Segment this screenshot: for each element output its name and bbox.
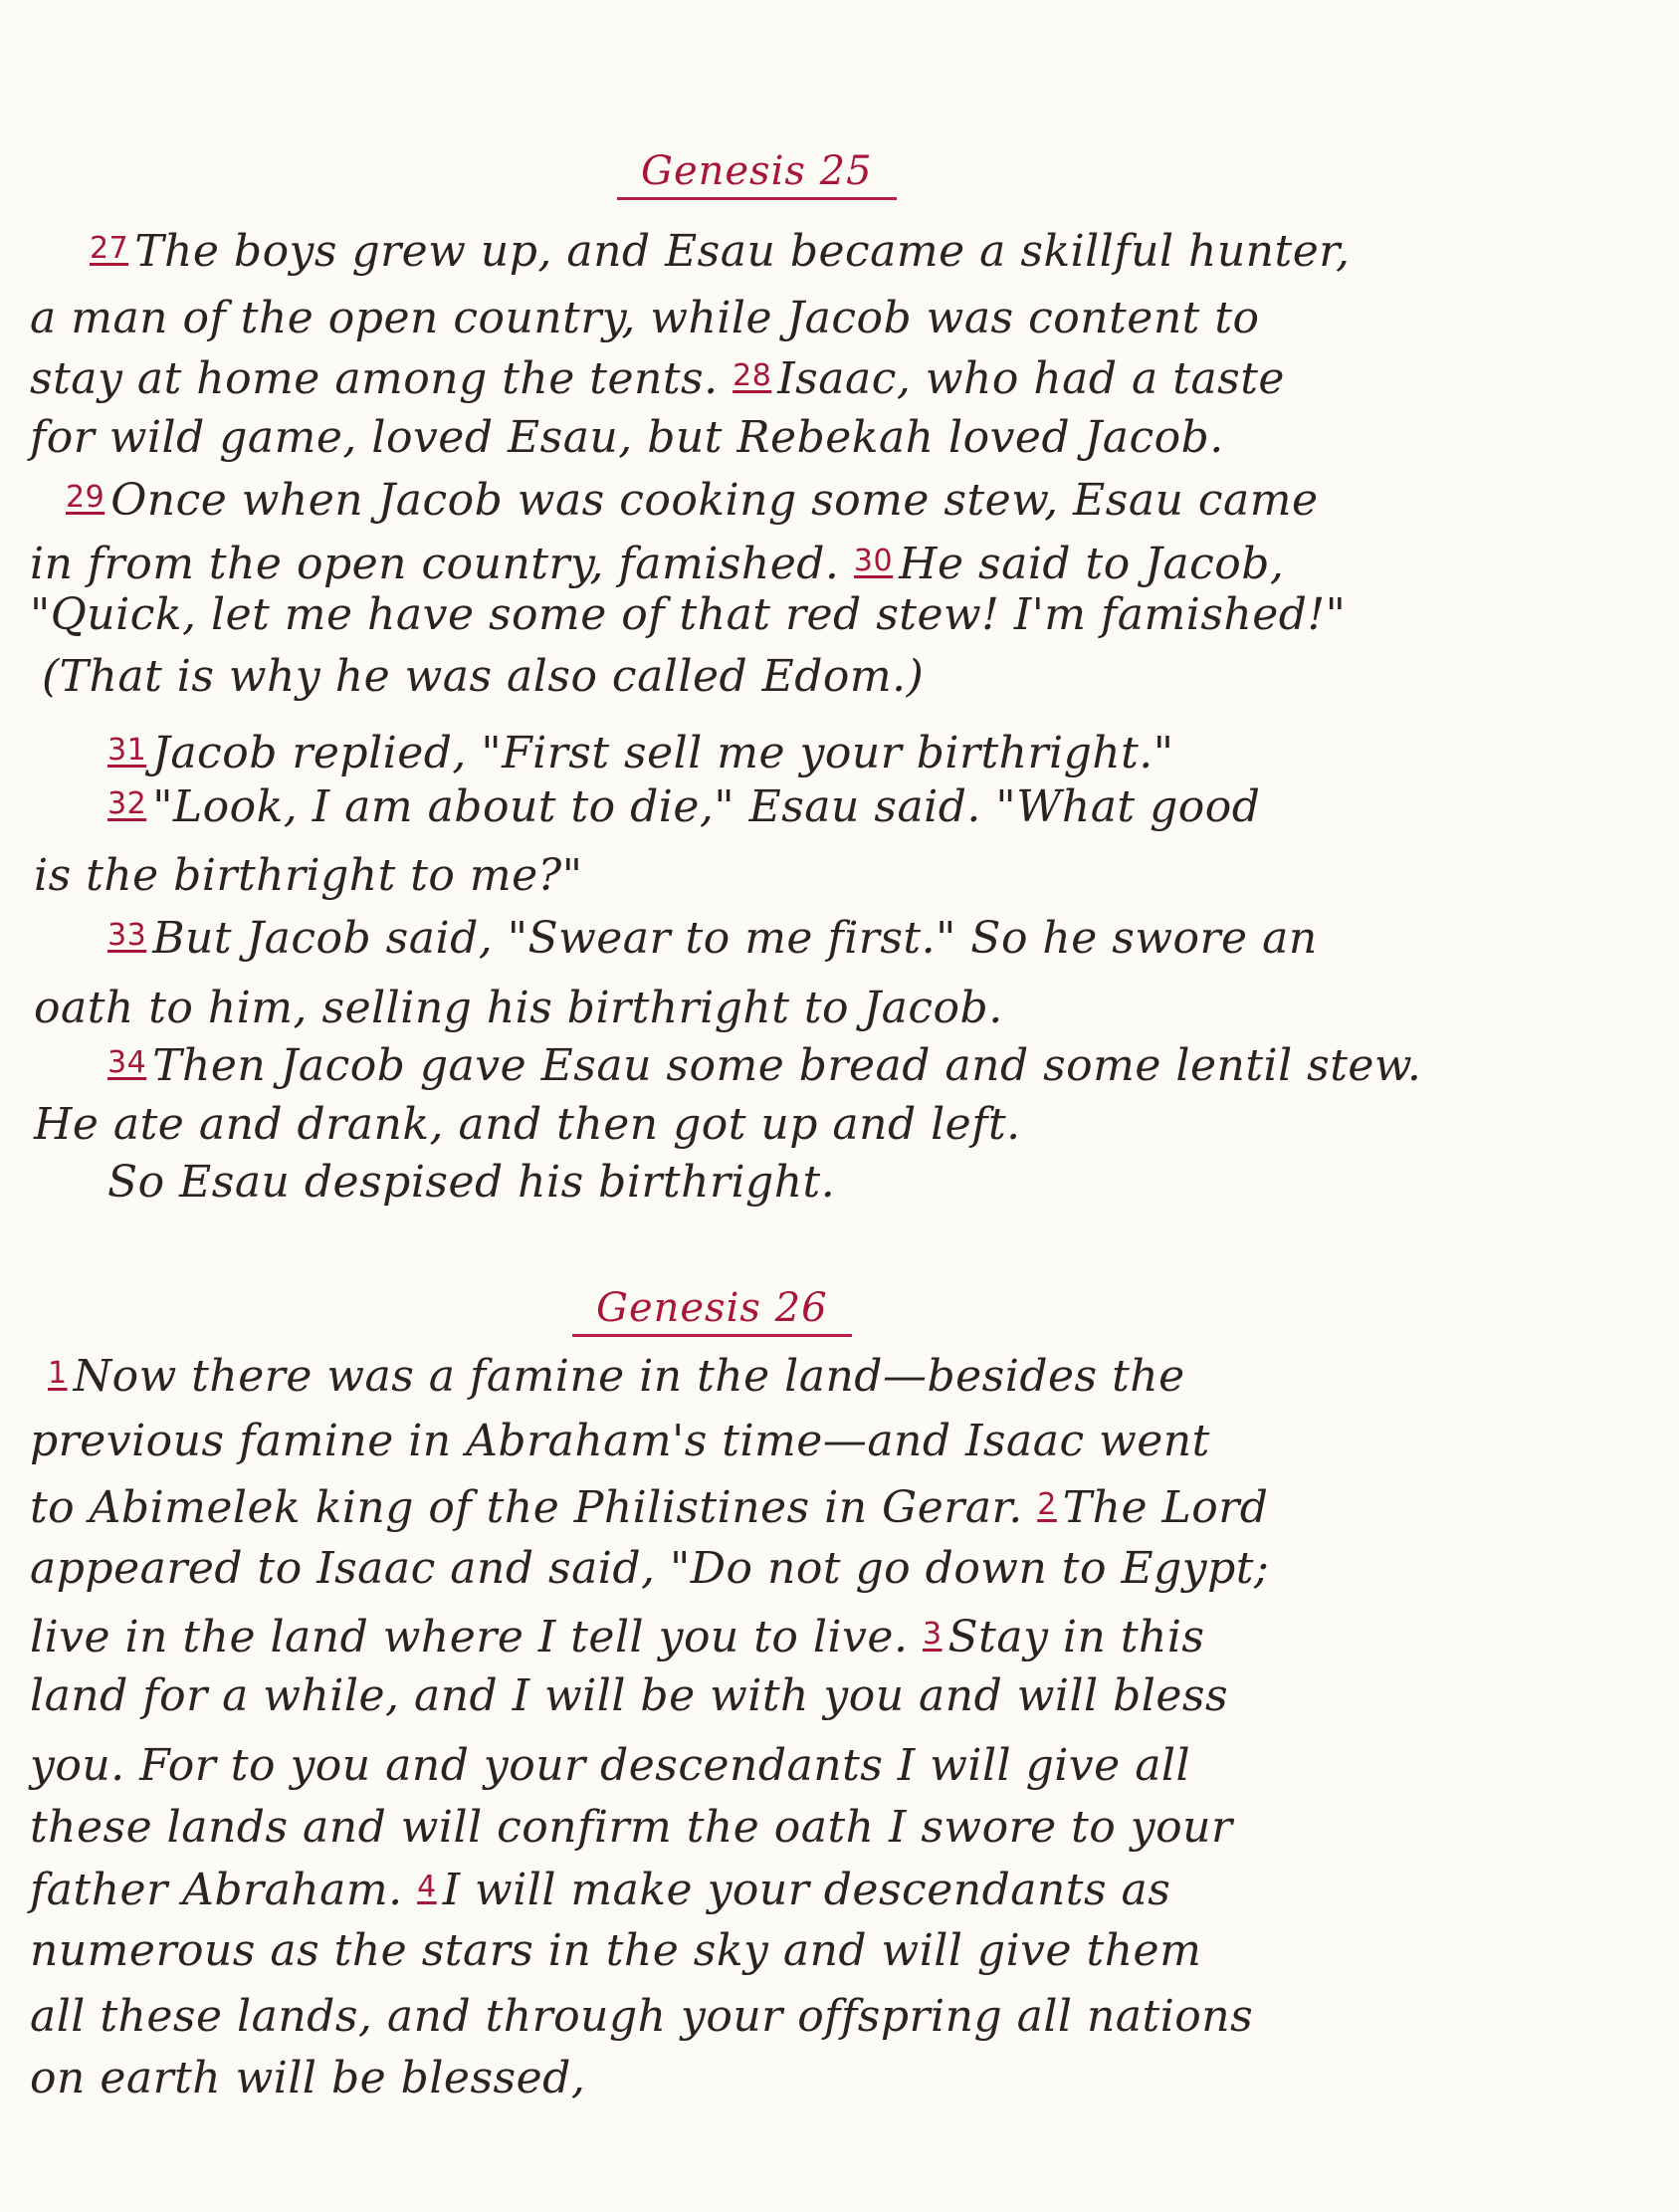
verse-text: He said to Jacob,: [899, 539, 1284, 589]
text-line: in from the open country, famished. 30He…: [30, 534, 1284, 592]
text-line: 1Now there was a famine in the land—besi…: [48, 1346, 1185, 1405]
text-line: a man of the open country, while Jacob w…: [30, 291, 1260, 346]
verse-number: 1: [48, 1356, 68, 1391]
verse-text: Stay in this: [948, 1612, 1205, 1662]
chapter-heading-genesis-26: Genesis 26: [572, 1284, 852, 1337]
verse-text: So Esau despised his birthright.: [107, 1157, 835, 1208]
text-line: appeared to Isaac and said, "Do not go d…: [30, 1541, 1269, 1597]
text-line: you. For to you and your descendants I w…: [30, 1738, 1190, 1794]
verse-text: "Look, I am about to die," Esau said. "W…: [152, 781, 1260, 832]
verse-number: 2: [1037, 1487, 1057, 1522]
verse-number: 30: [854, 544, 893, 578]
text-line: 27The boys grew up, and Esau became a sk…: [90, 221, 1350, 280]
verse-text: I will make your descendants as: [443, 1865, 1171, 1915]
text-line: stay at home among the tents. 28Isaac, w…: [30, 348, 1285, 407]
verse-text: on earth will be blessed,: [30, 2053, 585, 2103]
text-line: "Quick, let me have some of that red ste…: [30, 587, 1346, 643]
text-line: is the birthright to me?": [34, 848, 583, 904]
text-line: on earth will be blessed,: [30, 2051, 585, 2106]
verse-text: land for a while, and I will be with you…: [30, 1670, 1228, 1721]
text-line: 34Then Jacob gave Esau some bread and so…: [107, 1035, 1421, 1094]
verse-number: 27: [90, 231, 128, 266]
chapter-heading-genesis-25: Genesis 25: [617, 147, 897, 200]
verse-number: 32: [107, 786, 146, 821]
text-line: (That is why he was also called Edom.): [42, 649, 924, 705]
verse-text: previous famine in Abraham's time—and Is…: [30, 1416, 1210, 1466]
verse-text: Jacob replied, "First sell me your birth…: [152, 728, 1173, 778]
text-line: live in the land where I tell you to liv…: [30, 1607, 1205, 1665]
verse-text: to Abimelek king of the Philistines in G…: [30, 1482, 1023, 1533]
text-line: 31Jacob replied, "First sell me your bir…: [107, 723, 1174, 781]
text-line: all these lands, and through your offspr…: [30, 1989, 1253, 2045]
verse-text: appeared to Isaac and said, "Do not go d…: [30, 1543, 1269, 1594]
text-line: land for a while, and I will be with you…: [30, 1668, 1228, 1724]
verse-number: 33: [107, 918, 146, 953]
verse-text: But Jacob said, "Swear to me first." So …: [152, 913, 1317, 964]
verse-text: Then Jacob gave Esau some bread and some…: [152, 1040, 1421, 1091]
verse-number: 34: [107, 1045, 146, 1080]
verse-text: Isaac, who had a taste: [777, 353, 1285, 404]
verse-text: The boys grew up, and Esau became a skil…: [134, 226, 1350, 277]
verse-text: (That is why he was also called Edom.): [42, 651, 924, 702]
handwritten-page: Genesis 25 27The boys grew up, and Esau …: [0, 0, 1679, 2212]
verse-number: 3: [923, 1617, 943, 1652]
text-line: 33But Jacob said, "Swear to me first." S…: [107, 908, 1318, 967]
verse-number: 4: [417, 1870, 437, 1904]
verse-text: all these lands, and through your offspr…: [30, 1991, 1253, 2042]
text-line: father Abraham. 4I will make your descen…: [30, 1860, 1170, 1918]
verse-text: oath to him, selling his birthright to J…: [34, 983, 1003, 1033]
verse-text: Now there was a famine in the land—besid…: [74, 1351, 1185, 1402]
text-line: numerous as the stars in the sky and wil…: [30, 1923, 1201, 1979]
verse-text: numerous as the stars in the sky and wil…: [30, 1925, 1201, 1976]
verse-text: stay at home among the tents.: [30, 353, 719, 404]
verse-text: you. For to you and your descendants I w…: [30, 1740, 1190, 1791]
verse-text: live in the land where I tell you to liv…: [30, 1612, 908, 1662]
text-line: to Abimelek king of the Philistines in G…: [30, 1477, 1268, 1536]
text-line: for wild game, loved Esau, but Rebekah l…: [30, 410, 1224, 466]
text-line: So Esau despised his birthright.: [107, 1155, 835, 1211]
verse-text: He ate and drank, and then got up and le…: [34, 1099, 1021, 1150]
text-line: previous famine in Abraham's time—and Is…: [30, 1414, 1210, 1469]
verse-text: "Quick, let me have some of that red ste…: [30, 589, 1346, 640]
verse-text: The Lord: [1063, 1482, 1269, 1533]
verse-number: 28: [733, 358, 771, 393]
verse-number: 31: [107, 733, 146, 768]
verse-text: father Abraham.: [30, 1865, 403, 1915]
text-line: 32"Look, I am about to die," Esau said. …: [107, 776, 1260, 835]
verse-text: Once when Jacob was cooking some stew, E…: [110, 475, 1318, 526]
verse-text: these lands and will confirm the oath I …: [30, 1802, 1233, 1853]
verse-number: 29: [66, 480, 105, 515]
verse-text: for wild game, loved Esau, but Rebekah l…: [30, 412, 1224, 463]
text-line: 29Once when Jacob was cooking some stew,…: [66, 470, 1319, 529]
verse-text: a man of the open country, while Jacob w…: [30, 293, 1260, 343]
text-line: these lands and will confirm the oath I …: [30, 1800, 1233, 1856]
text-line: He ate and drank, and then got up and le…: [34, 1097, 1021, 1153]
verse-text: is the birthright to me?": [34, 850, 583, 901]
verse-text: in from the open country, famished.: [30, 539, 839, 589]
text-line: oath to him, selling his birthright to J…: [34, 981, 1003, 1036]
